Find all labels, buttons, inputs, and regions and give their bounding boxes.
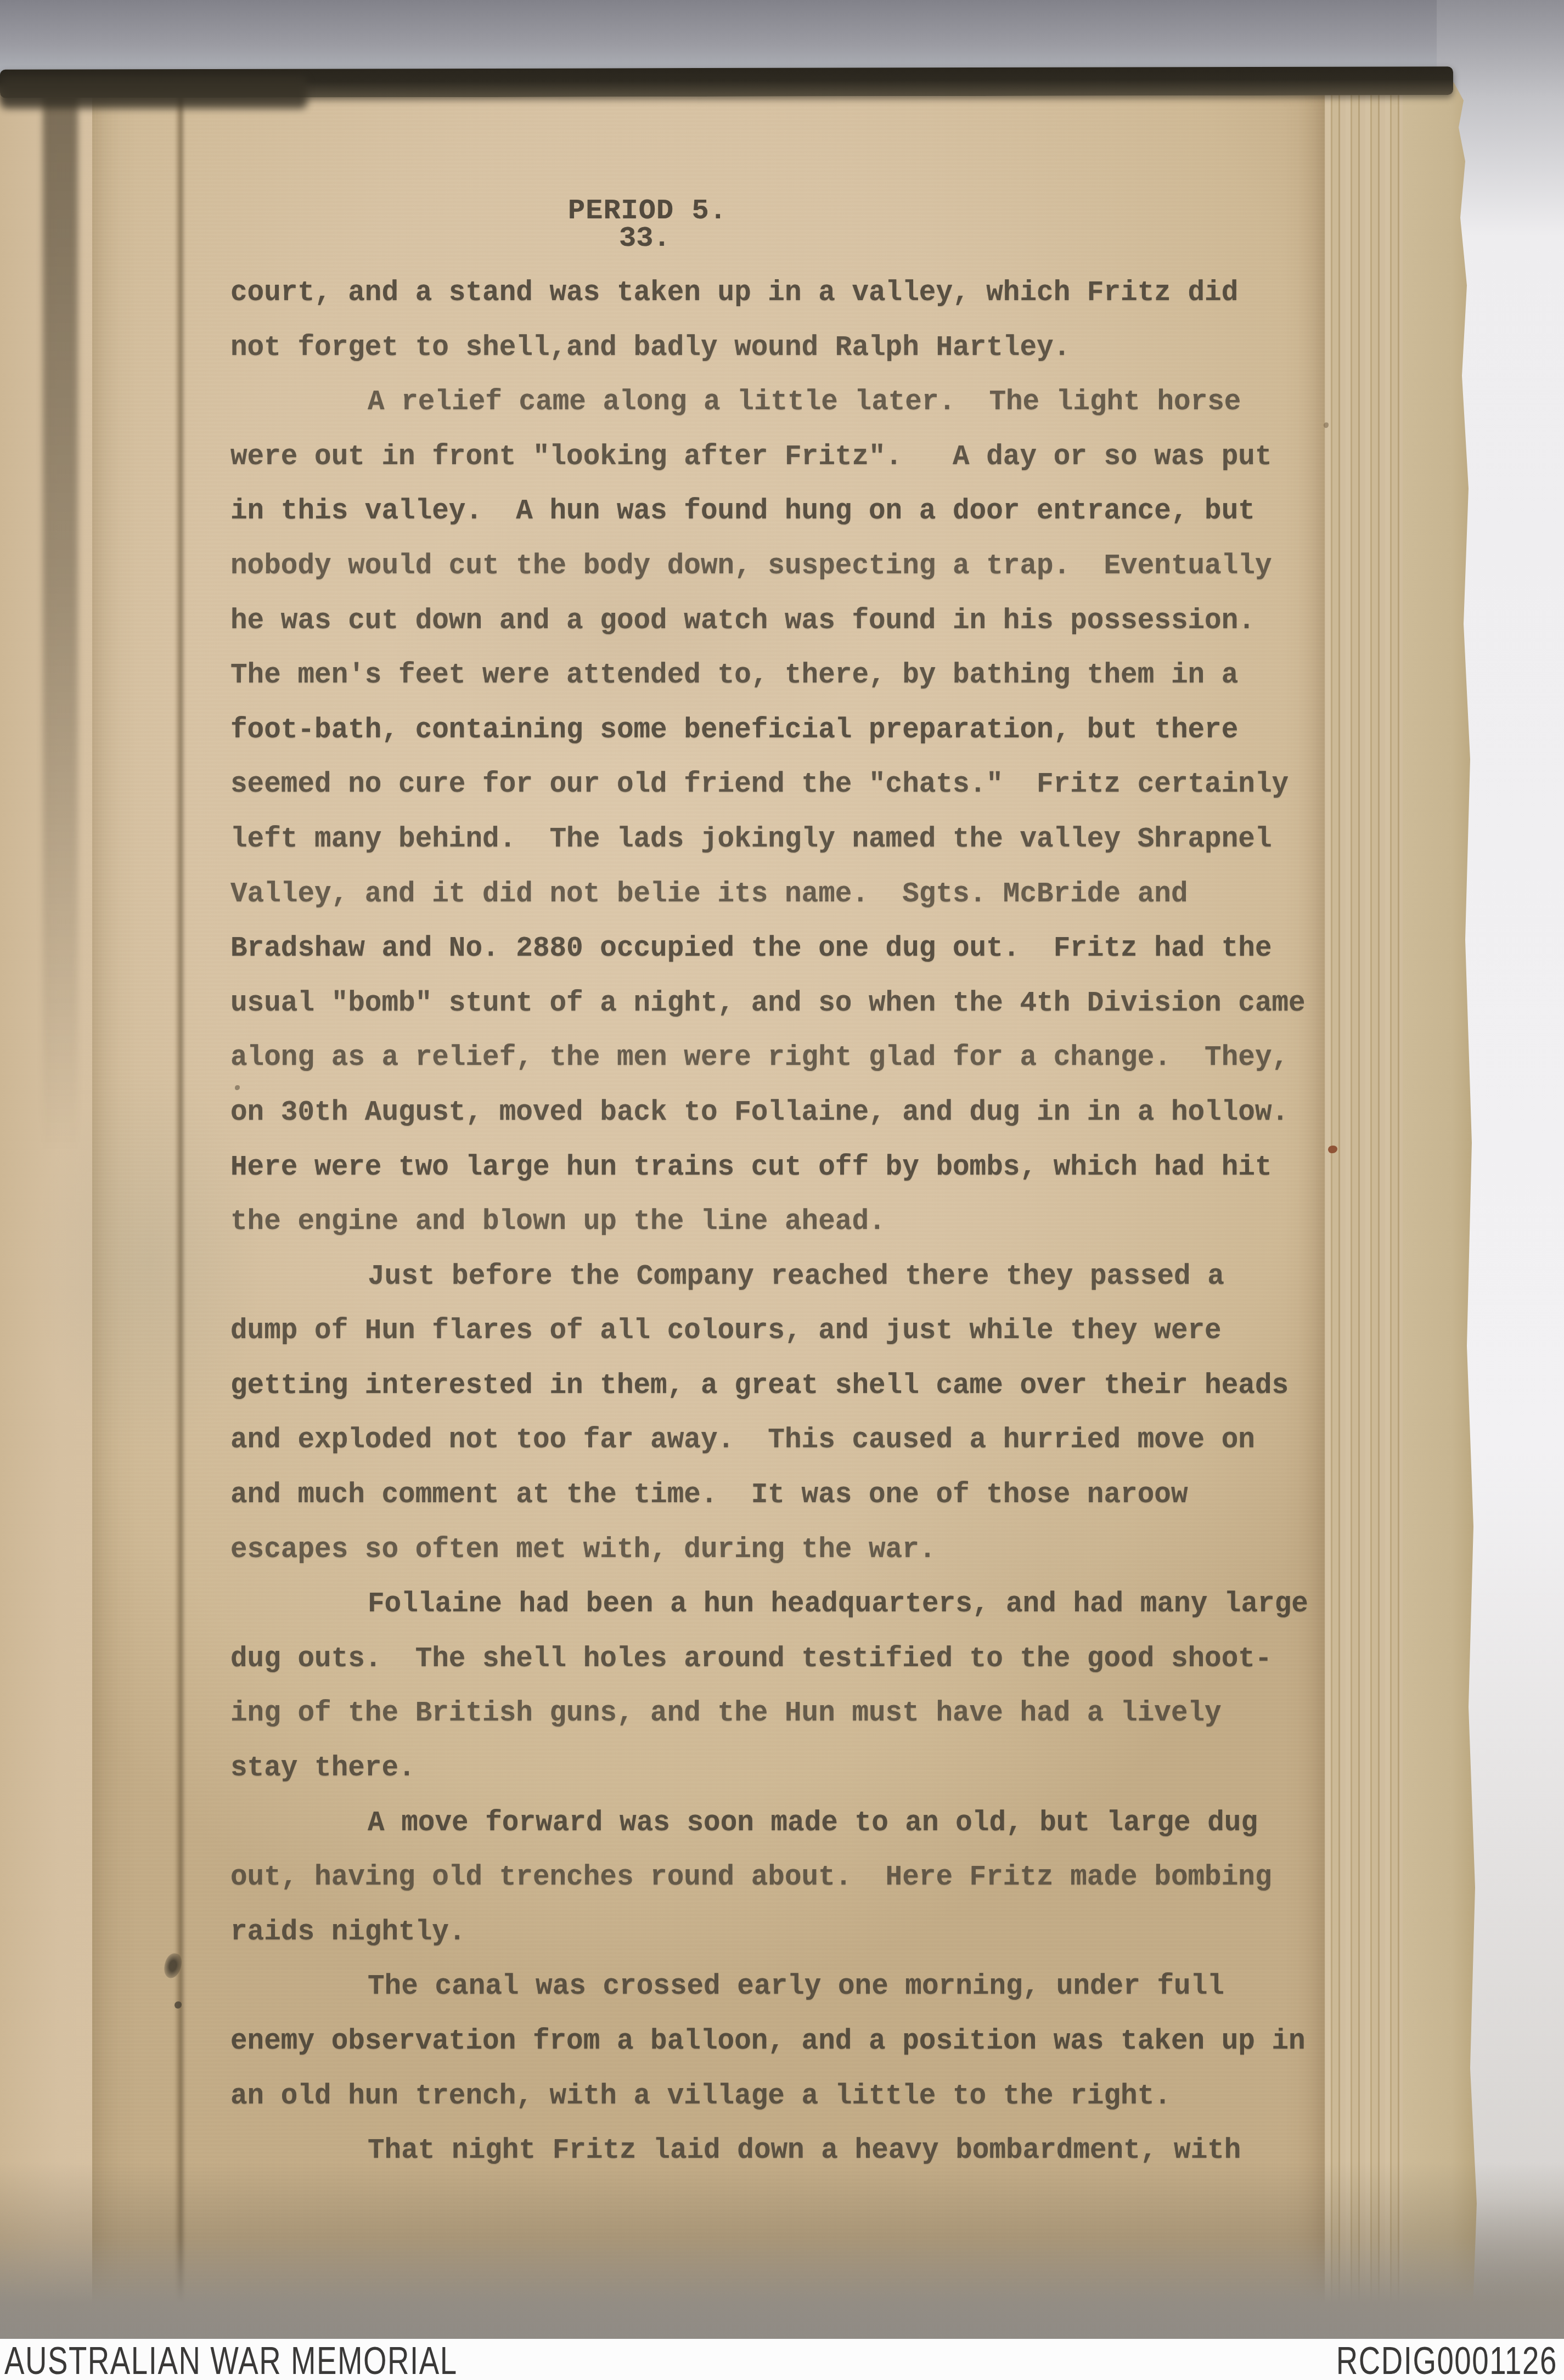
typed-line: in this valley. A hun was found hung on … [230,484,1350,539]
paper-stain [33,1070,263,1454]
book-bottom-shadow [0,2162,1564,2339]
typed-line: were out in front "looking after Fritz".… [230,430,1350,485]
typed-line: getting interested in them, a great shel… [230,1359,1350,1414]
typed-line: Valley, and it did not belie its name. S… [230,867,1350,922]
typed-line: usual "bomb" stunt of a night, and so wh… [230,977,1350,1031]
book-top-edge-shadow [0,77,307,109]
typed-line: Just before the Company reached there th… [230,1250,1350,1305]
scanned-photo-area: PERIOD 5. 33. court, and a stand was tak… [0,0,1564,2339]
typed-line: and exploded not too far away. This caus… [230,1413,1350,1468]
typed-line: The men's feet were attended to, there, … [230,648,1350,703]
typed-line: A relief came along a little later. The … [230,375,1350,430]
footer-institution-label: AUSTRALIAN WAR MEMORIAL [4,2339,458,2380]
typed-text-block: court, and a stand was taken up in a val… [230,266,1350,2179]
typed-line: nobody would cut the body down, suspecti… [230,539,1350,594]
typed-line: A move forward was soon made to an old, … [230,1796,1350,1851]
typed-line: escapes so often met with, during the wa… [230,1523,1350,1578]
typed-line: dug outs. The shell holes around testifi… [230,1632,1350,1687]
typed-line: The canal was crossed early one morning,… [230,1960,1350,2015]
typed-line: seemed no cure for our old friend the "c… [230,758,1350,813]
typed-line: court, and a stand was taken up in a val… [230,266,1350,321]
typed-line: along as a relief, the men were right gl… [230,1031,1350,1086]
typed-line: out, having old trenches round about. He… [230,1851,1350,1905]
gutter-shadow [43,82,78,1152]
document-page-number: 33. [619,224,671,253]
typed-line: foot-bath, containing some beneficial pr… [230,703,1350,758]
footer-reference-id: RCDIG0001126 [1336,2339,1557,2380]
typed-line: enemy observation from a balloon, and a … [230,2015,1350,2069]
typed-line: not forget to shell,and badly wound Ralp… [230,321,1350,376]
typed-line: and much comment at the time. It was one… [230,1468,1350,1523]
document-header-period: PERIOD 5. [568,197,727,225]
typed-line: he was cut down and a good watch was fou… [230,594,1350,649]
typed-line: stay there. [230,1741,1350,1796]
typed-line: Bradshaw and No. 2880 occupied the one d… [230,922,1350,977]
typed-line: the engine and blown up the line ahead. [230,1195,1350,1250]
typed-line: raids nightly. [230,1905,1350,1960]
typed-line: on 30th August, moved back to Follaine, … [230,1086,1350,1141]
page-crease [175,82,185,2339]
typed-line: Here were two large hun trains cut off b… [230,1141,1350,1195]
typed-line: Follaine had been a hun headquarters, an… [230,1577,1350,1632]
typed-line: an old hun trench, with a village a litt… [230,2069,1350,2124]
footer-bar: AUSTRALIAN WAR MEMORIAL RCDIG0001126 [0,2339,1564,2380]
typed-line: left many behind. The lads jokingly name… [230,813,1350,867]
typed-line: ing of the British guns, and the Hun mus… [230,1687,1350,1741]
typed-line: dump of Hun flares of all colours, and j… [230,1304,1350,1359]
